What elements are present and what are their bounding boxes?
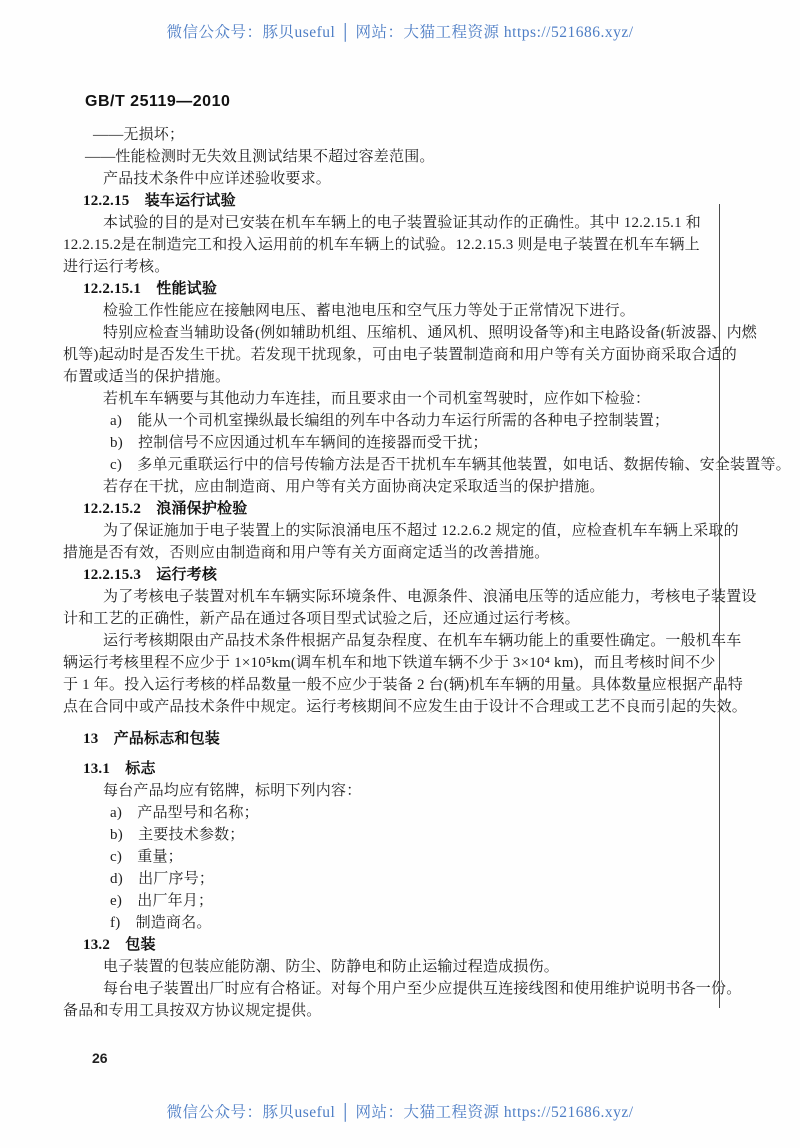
document-page: 微信公众号：豚贝useful │ 网站：大猫工程资源 https://52168… [0,0,800,1148]
clause-heading: 13.1 标志 [83,758,721,780]
dash-item: ——无损坏； [93,124,721,146]
dash-item: ——性能检测时无失效且测试结果不超过容差范围。 [85,146,721,168]
list-item: f) 制造商名。 [110,912,721,934]
paragraph-line: 特别应检查当辅助设备(例如辅助机组、压缩机、通风机、照明设备等)和主电路设备(斩… [103,322,721,344]
paragraph-line: 本试验的目的是对已安装在机车车辆上的电子装置验证其动作的正确性。其中 12.2.… [103,212,721,234]
paragraph-line: 辆运行考核里程不应少于 1×10⁵km(调车机车和地下铁道车辆不少于 3×10⁴… [63,652,721,674]
section-heading: 13 产品标志和包装 [83,728,721,750]
paragraph-line: 为了考核电子装置对机车车辆实际环境条件、电源条件、浪涌电压等的适应能力，考核电子… [103,586,721,608]
page-number: 26 [92,1050,108,1066]
watermark-header: 微信公众号：豚贝useful │ 网站：大猫工程资源 https://52168… [0,20,800,42]
clause-heading: 12.2.15.3 运行考核 [83,564,721,586]
list-item: a) 产品型号和名称； [110,802,721,824]
paragraph-line: 每台产品均应有铭牌，标明下列内容： [103,780,721,802]
paragraph-line: 备品和专用工具按双方协议规定提供。 [63,1000,721,1022]
paragraph-line: 12.2.15.2是在制造完工和投入运用前的机车车辆上的试验。12.2.15.3… [63,234,721,256]
list-item: b) 主要技术参数； [110,824,721,846]
paragraph-line: 运行考核期限由产品技术条件根据产品复杂程度、在机车车辆功能上的重要性确定。一般机… [103,630,721,652]
paragraph-line: 点在合同中或产品技术条件中规定。运行考核期间不应发生由于设计不合理或工艺不良而引… [63,696,721,718]
paragraph-line: 布置或适当的保护措施。 [63,366,721,388]
paragraph-line: 若机车车辆要与其他动力车连挂，而且要求由一个司机室驾驶时，应作如下检验： [103,388,721,410]
paragraph-line: 于 1 年。投入运行考核的样品数量一般不应少于装备 2 台(辆)机车车辆的用量。… [63,674,721,696]
standard-number: GB/T 25119—2010 [85,93,230,111]
watermark-footer: 微信公众号：豚贝useful │ 网站：大猫工程资源 https://52168… [0,1100,800,1122]
list-item: c) 多单元重联运行中的信号传输方法是否干扰机车车辆其他装置，如电话、数据传输、… [110,454,721,476]
paragraph-line: 计和工艺的正确性，新产品在通过各项目型式试验之后，还应通过运行考核。 [63,608,721,630]
paragraph-line: 电子装置的包装应能防潮、防尘、防静电和防止运输过程造成损伤。 [103,956,721,978]
paragraph-line: 每台电子装置出厂时应有合格证。对每个用户至少应提供互连接线图和使用维护说明书各一… [103,978,721,1000]
list-item: d) 出厂序号； [110,868,721,890]
paragraph-line: 措施是否有效，否则应由制造商和用户等有关方面商定适当的改善措施。 [63,542,721,564]
paragraph-line: 产品技术条件中应详述验收要求。 [103,168,721,190]
scan-edge-line [719,204,720,1008]
clause-heading: 13.2 包装 [83,934,721,956]
list-item: b) 控制信号不应因通过机车车辆间的连接器而受干扰； [110,432,721,454]
clause-heading: 12.2.15.1 性能试验 [83,278,721,300]
document-body: ——无损坏； ——性能检测时无失效且测试结果不超过容差范围。 产品技术条件中应详… [63,124,721,1022]
list-item: a) 能从一个司机室操纵最长编组的列车中各动力车运行所需的各种电子控制装置； [110,410,721,432]
paragraph-line: 检验工作性能应在接触网电压、蓄电池电压和空气压力等处于正常情况下进行。 [103,300,721,322]
paragraph-line: 机等)起动时是否发生干扰。若发现干扰现象，可由电子装置制造商和用户等有关方面协商… [63,344,721,366]
list-item: c) 重量； [110,846,721,868]
clause-heading: 12.2.15 装车运行试验 [83,190,721,212]
paragraph-line: 进行运行考核。 [63,256,721,278]
paragraph-line: 若存在干扰，应由制造商、用户等有关方面协商决定采取适当的保护措施。 [103,476,721,498]
clause-heading: 12.2.15.2 浪涌保护检验 [83,498,721,520]
list-item: e) 出厂年月； [110,890,721,912]
paragraph-line: 为了保证施加于电子装置上的实际浪涌电压不超过 12.2.6.2 规定的值，应检查… [103,520,721,542]
